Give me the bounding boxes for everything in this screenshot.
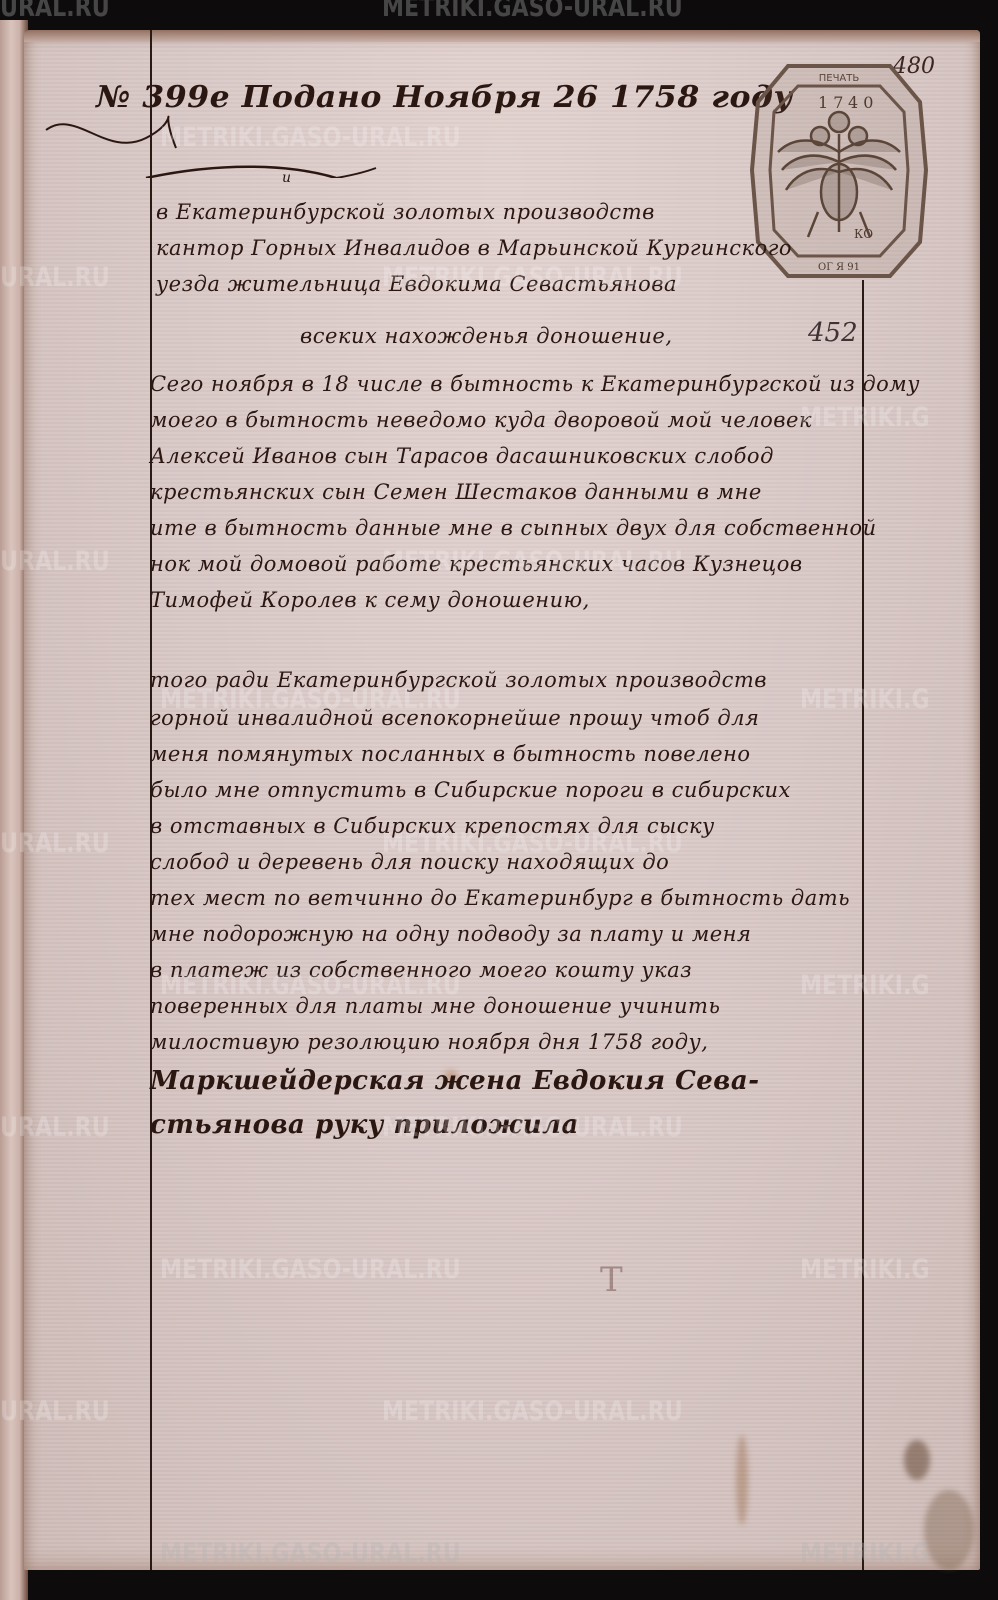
- watermark: URAL.RU: [0, 1112, 110, 1143]
- text-line: кантор Горных Инвалидов в Марьинской Кур…: [156, 236, 792, 260]
- svg-text:1 7: 1 7: [818, 93, 843, 112]
- watermark: METRIKI.G: [800, 1538, 930, 1569]
- text-line: Тимофей Королев к сему доношению,: [150, 588, 590, 612]
- signature-line: Маркшейдерская жена Евдокия Сева-: [150, 1066, 760, 1096]
- text-line: мне подорожную на одну подводу за плату …: [150, 922, 751, 946]
- watermark: METRIKI.GASO-URAL.RU: [382, 1112, 683, 1143]
- watermark: METRIKI.GASO-URAL.RU: [160, 1254, 461, 1285]
- text-line: Сего ноября в 18 числе в бытность к Екат…: [150, 372, 920, 396]
- watermark: METRIKI.GASO-URAL.RU: [382, 262, 683, 293]
- watermark: URAL.RU: [0, 546, 110, 577]
- stain: [904, 1440, 930, 1480]
- watermark: METRIKI.GASO-URAL.RU: [382, 828, 683, 859]
- watermark: METRIKI.G: [800, 970, 930, 1001]
- watermark: METRIKI.GASO-URAL.RU: [382, 546, 683, 577]
- pencil-mark: Т: [600, 1260, 623, 1300]
- svg-text:ОГ Я 91: ОГ Я 91: [818, 262, 860, 273]
- svg-text:КО: КО: [854, 227, 873, 241]
- text-line: Алексей Иванов сын Тарасов дасашниковски…: [150, 444, 774, 468]
- watermark: URAL.RU: [0, 0, 110, 23]
- watermark: METRIKI.GASO-URAL.RU: [160, 1538, 461, 1569]
- text-line: крестьянских сын Семен Шестаков данными …: [150, 480, 762, 504]
- watermark: METRIKI.G: [800, 684, 930, 715]
- text-line: тех мест по ветчинно до Екатеринбург в б…: [150, 886, 850, 910]
- sheet-edge: [24, 30, 980, 42]
- document-title: всеких нахожденья доношение,: [300, 324, 673, 348]
- watermark: METRIKI.GASO-URAL.RU: [160, 684, 461, 715]
- watermark: METRIKI.GASO-URAL.RU: [382, 1396, 683, 1427]
- watermark: METRIKI.G: [800, 402, 930, 433]
- watermark: URAL.RU: [0, 262, 110, 293]
- watermark: METRIKI.GASO-URAL.RU: [160, 970, 461, 1001]
- text-line: милостивую резолюцию ноября дня 1758 год…: [150, 1030, 708, 1054]
- text-line: моего в бытность неведомо куда дворовой …: [150, 408, 812, 432]
- watermark: METRIKI.GASO-URAL.RU: [382, 0, 683, 23]
- watermark: METRIKI.GASO-URAL.RU: [160, 122, 461, 153]
- stain: [736, 1435, 748, 1525]
- text-line: в Екатеринбурской золотых производств: [156, 200, 655, 224]
- watermark: URAL.RU: [0, 1396, 110, 1427]
- watermark: METRIKI.G: [800, 1254, 930, 1285]
- text-line: меня помянутых посланных в бытность пове…: [150, 742, 750, 766]
- text-line: было мне отпустить в Сибирские пороги в …: [150, 778, 791, 802]
- text-line: ите в бытность данные мне в сыпных двух …: [150, 516, 877, 540]
- archive-number: 452: [808, 318, 858, 348]
- right-margin-line: [862, 280, 864, 1570]
- svg-text:4 0: 4 0: [848, 93, 873, 112]
- watermark: URAL.RU: [0, 828, 110, 859]
- stain: [924, 1490, 974, 1570]
- text-line: и: [282, 170, 292, 186]
- svg-text:ПЕЧАТЬ: ПЕЧАТЬ: [819, 73, 860, 84]
